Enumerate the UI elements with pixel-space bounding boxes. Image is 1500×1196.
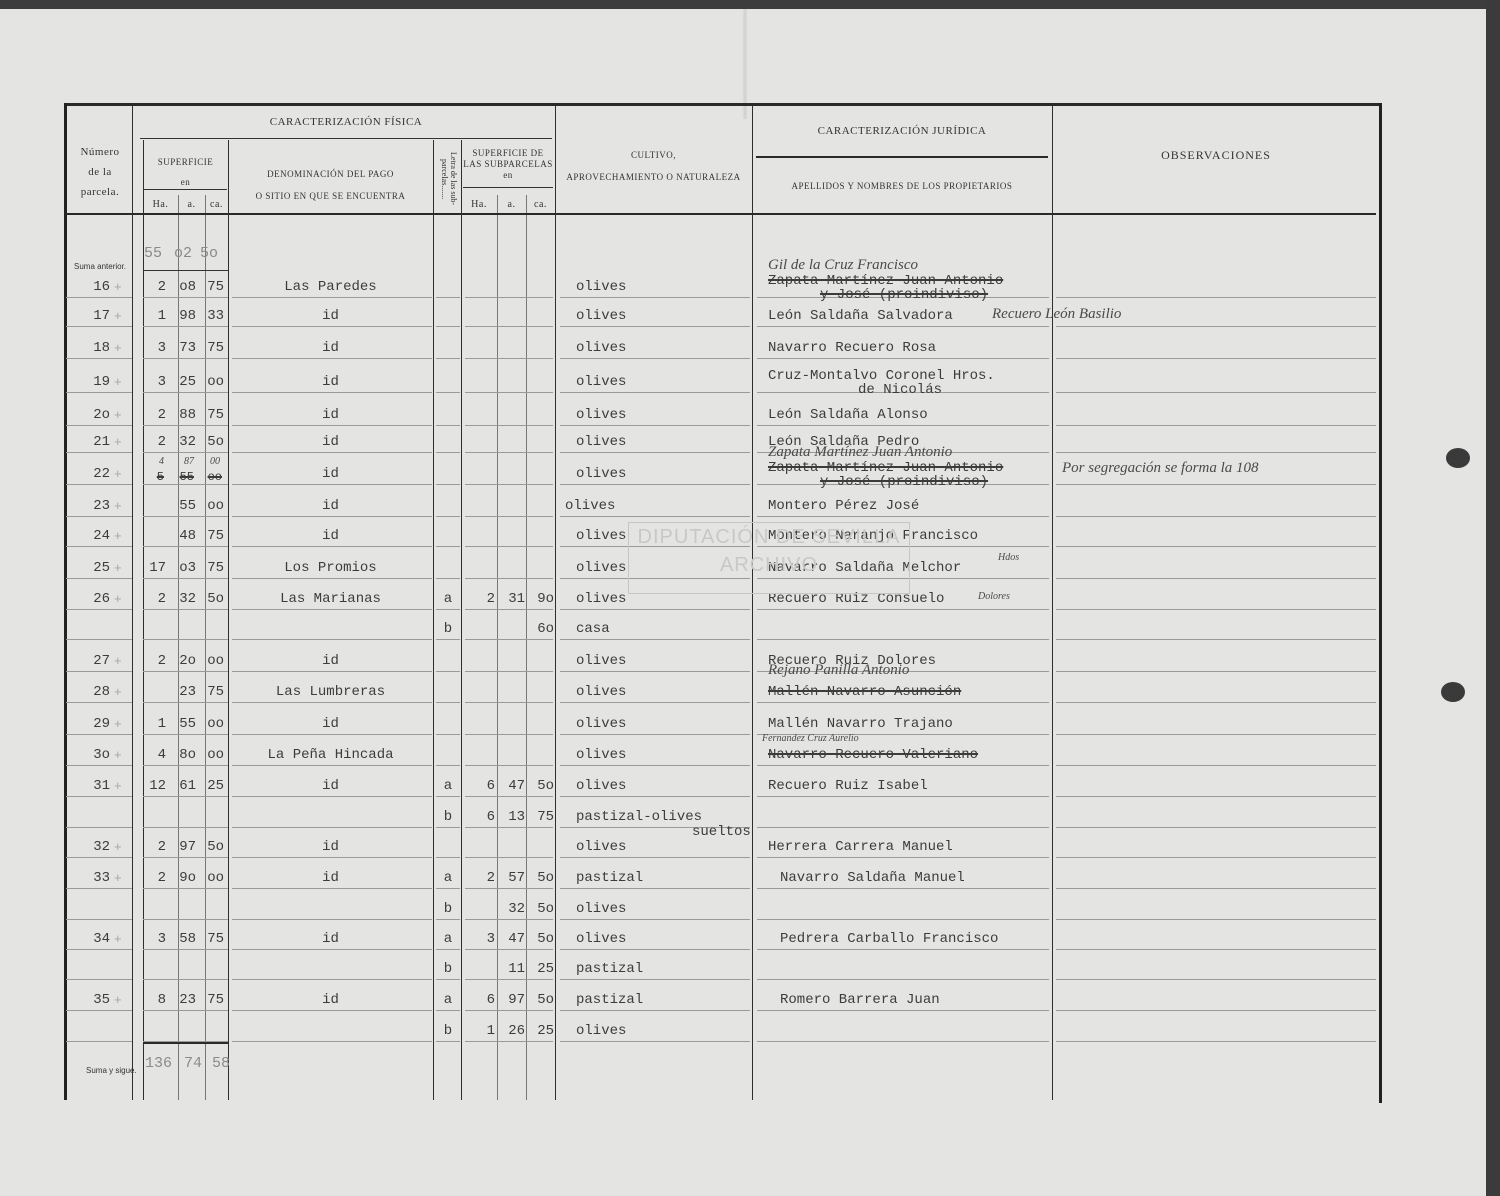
row-rule — [560, 516, 750, 517]
surface-ha: 5 — [140, 470, 164, 484]
row-rule — [1056, 578, 1376, 579]
header-letra-subparcelas: Letra de las sub-parcelas....... — [440, 146, 458, 212]
watermark-line: ARCHIVO — [629, 551, 909, 579]
suma-anterior-label: Suma anterior. — [74, 262, 126, 271]
surface-a: 8o — [170, 747, 196, 763]
cultivo: olives — [576, 528, 626, 544]
row-rule — [143, 425, 228, 426]
row-rule — [1056, 358, 1376, 359]
row-rule — [757, 888, 1049, 889]
surface-ha: 1 — [140, 716, 166, 732]
row-rule — [757, 609, 1049, 610]
subparcel-letter: a — [436, 992, 460, 1008]
parcel-number: 33 — [76, 870, 110, 886]
col-divider — [1052, 106, 1053, 1100]
surface-ca: 75 — [198, 560, 224, 576]
surface-a: 48 — [170, 528, 196, 544]
row-rule — [143, 578, 228, 579]
row-rule — [66, 1041, 132, 1042]
cultivo: olives — [576, 747, 626, 763]
sub-surface-ca: 5o — [526, 901, 554, 917]
row-rule — [465, 1041, 553, 1042]
row-rule — [143, 639, 228, 640]
cultivo: pastizal — [576, 961, 643, 977]
surface-ha: 2 — [140, 870, 166, 886]
row-rule — [436, 297, 460, 298]
row-rule — [465, 857, 553, 858]
surface-a: 23 — [170, 684, 196, 700]
surface-ca: 33 — [198, 308, 224, 324]
surface-ha: 4 — [140, 747, 166, 763]
row-rule — [436, 639, 460, 640]
check-mark-icon: + — [114, 684, 122, 699]
row-rule — [436, 919, 460, 920]
row-rule — [143, 702, 228, 703]
row-rule — [143, 827, 228, 828]
parcel-number: 27 — [76, 653, 110, 669]
row-rule — [436, 392, 460, 393]
surface-ca: 5o — [198, 434, 224, 450]
row-rule — [143, 765, 228, 766]
row-rule — [757, 425, 1049, 426]
sub-surface-ca: 25 — [526, 961, 554, 977]
surface-ca: oo — [198, 470, 222, 484]
header-caracterizacion-juridica: CARACTERIZACIÓN JURÍDICA — [752, 125, 1052, 137]
surface-ha-corrected: 4 — [148, 456, 164, 467]
row-rule — [465, 326, 553, 327]
suma-y-sigue-ha: 136 — [140, 1055, 172, 1072]
row-rule — [757, 516, 1049, 517]
row-rule — [1056, 702, 1376, 703]
row-rule — [465, 1010, 553, 1011]
row-rule — [436, 516, 460, 517]
row-rule — [436, 425, 460, 426]
owner-name-continued: de Nicolás — [858, 382, 942, 398]
owner-name: Navarro Recuero Valeriano — [768, 747, 978, 763]
surface-a: 32 — [170, 434, 196, 450]
row-rule — [436, 609, 460, 610]
row-rule — [560, 392, 750, 393]
row-rule — [560, 888, 750, 889]
row-rule — [757, 979, 1049, 980]
row-rule — [143, 484, 228, 485]
sub-surface-ca: 9o — [526, 591, 554, 607]
pago-name: id — [228, 466, 433, 482]
owner-handwritten: Hdos — [998, 552, 1019, 563]
check-mark-icon: + — [114, 340, 122, 355]
pago-name: id — [228, 931, 433, 947]
parcel-number: 16 — [76, 279, 110, 295]
pago-name: id — [228, 653, 433, 669]
parcel-number: 3o — [76, 747, 110, 763]
row-rule — [465, 765, 553, 766]
surface-ha: 8 — [140, 992, 166, 1008]
sub-surface-ca: 25 — [526, 1023, 554, 1039]
row-rule — [757, 949, 1049, 950]
sub-surface-a: 47 — [497, 778, 525, 794]
parcel-number: 19 — [76, 374, 110, 390]
row-rule — [66, 516, 132, 517]
row-rule — [560, 734, 750, 735]
row-rule — [1056, 857, 1376, 858]
cultivo: olives — [576, 434, 626, 450]
sub-surface-ha: 6 — [461, 992, 495, 1008]
header-cultivo-line: APROVECHAMIENTO O NATURALEZA — [555, 166, 752, 188]
row-rule — [66, 639, 132, 640]
row-rule — [1056, 796, 1376, 797]
cultivo: olives — [576, 684, 626, 700]
header-sub-unit-a: a. — [497, 199, 526, 210]
row-rule — [1056, 734, 1376, 735]
row-rule — [143, 452, 228, 453]
surface-ca: 5o — [198, 839, 224, 855]
surface-ca: 75 — [198, 407, 224, 423]
row-rule — [1056, 546, 1376, 547]
col-divider — [433, 140, 434, 1100]
row-rule — [143, 392, 228, 393]
row-rule — [232, 639, 432, 640]
sub-surface-a: 57 — [497, 870, 525, 886]
subparcel-letter: a — [436, 931, 460, 947]
sub-surface-ca: 5o — [526, 778, 554, 794]
table-right-border — [1379, 103, 1382, 1103]
row-rule — [66, 857, 132, 858]
parcel-number: 29 — [76, 716, 110, 732]
suma-anterior-ca: 5o — [196, 245, 218, 262]
row-rule — [436, 888, 460, 889]
check-mark-icon: + — [114, 870, 122, 885]
cultivo: olives — [576, 653, 626, 669]
header-sub-unit-ha: Ha. — [461, 199, 497, 210]
row-rule — [560, 484, 750, 485]
cultivo: olives — [576, 374, 626, 390]
row-rule — [560, 1041, 750, 1042]
row-rule — [232, 546, 432, 547]
pago-name: id — [228, 407, 433, 423]
row-rule — [232, 671, 432, 672]
row-rule — [1056, 297, 1376, 298]
row-rule — [232, 392, 432, 393]
subparcel-letter: a — [436, 870, 460, 886]
surface-ca: 75 — [198, 684, 224, 700]
parcel-number: 24 — [76, 528, 110, 544]
row-rule — [232, 609, 432, 610]
surface-ha: 2 — [140, 407, 166, 423]
pago-name: id — [228, 308, 433, 324]
row-rule — [66, 949, 132, 950]
row-rule — [465, 796, 553, 797]
row-rule — [232, 888, 432, 889]
row-rule — [560, 297, 750, 298]
header-superficie-subparcelas: SUPERFICIE DE LAS SUBPARCELAS en — [461, 148, 555, 181]
owner-name: Mallén Navarro Asunción — [768, 684, 961, 700]
row-rule — [66, 796, 132, 797]
header-denominacion: DENOMINACIÓN DEL PAGO O SITIO EN QUE SE … — [228, 163, 433, 207]
surface-a: 32 — [170, 591, 196, 607]
subparcel-letter: a — [436, 591, 460, 607]
row-rule — [757, 326, 1049, 327]
sub-surface-ca: 5o — [526, 870, 554, 886]
owner-handwritten: Dolores — [978, 591, 1010, 602]
row-rule — [465, 702, 553, 703]
row-rule — [66, 546, 132, 547]
cultivo-continued: sueltos — [692, 824, 751, 840]
sum-rule — [143, 270, 228, 271]
row-rule — [1056, 609, 1376, 610]
parcel-number: 2o — [76, 407, 110, 423]
row-rule — [757, 1010, 1049, 1011]
cultivo: olives — [576, 407, 626, 423]
surface-a: 61 — [170, 778, 196, 794]
row-rule — [232, 857, 432, 858]
owner-name: Herrera Carrera Manuel — [768, 839, 953, 855]
header-sub-unit-ca: ca. — [526, 199, 555, 210]
row-rule — [143, 919, 228, 920]
header-denominacion-line: O SITIO EN QUE SE ENCUENTRA — [228, 185, 433, 207]
cultivo: pastizal-olives — [576, 809, 702, 825]
row-rule — [757, 639, 1049, 640]
parcel-number: 34 — [76, 931, 110, 947]
check-mark-icon: + — [114, 747, 122, 762]
parcel-number: 17 — [76, 308, 110, 324]
table-left-border — [64, 103, 67, 1100]
subparcel-letter: b — [436, 901, 460, 917]
row-rule — [232, 1010, 432, 1011]
row-rule — [560, 919, 750, 920]
surface-ca: 25 — [198, 778, 224, 794]
surface-a: 98 — [170, 308, 196, 324]
pago-name: id — [228, 340, 433, 356]
check-mark-icon: + — [114, 931, 122, 946]
row-rule — [560, 358, 750, 359]
row-rule — [143, 546, 228, 547]
table-top-border — [64, 103, 1382, 106]
row-rule — [560, 979, 750, 980]
row-rule — [436, 702, 460, 703]
row-rule — [757, 827, 1049, 828]
parcel-number: 32 — [76, 839, 110, 855]
row-rule — [143, 979, 228, 980]
row-rule — [436, 949, 460, 950]
row-rule — [66, 888, 132, 889]
sub-surface-a: 32 — [497, 901, 525, 917]
check-mark-icon: + — [114, 716, 122, 731]
row-rule — [143, 1010, 228, 1011]
surface-ha: 2 — [140, 434, 166, 450]
cultivo: olives — [576, 560, 626, 576]
header-observaciones: OBSERVACIONES — [1052, 148, 1380, 163]
header-superficie-line: SUPERFICIE — [143, 152, 228, 172]
row-rule — [1056, 979, 1376, 980]
header-rule — [140, 138, 552, 139]
col-divider — [555, 106, 556, 1100]
row-rule — [465, 484, 553, 485]
row-rule — [1056, 425, 1376, 426]
row-rule — [436, 452, 460, 453]
row-rule — [66, 1010, 132, 1011]
row-rule — [232, 358, 432, 359]
cultivo: pastizal — [576, 870, 643, 886]
surface-a: 97 — [170, 839, 196, 855]
check-mark-icon: + — [114, 591, 122, 606]
parcel-number: 18 — [76, 340, 110, 356]
row-rule — [66, 297, 132, 298]
cultivo: olives — [576, 279, 626, 295]
row-rule — [1056, 949, 1376, 950]
header-rule — [463, 187, 553, 188]
owner-handwritten: Fernandez Cruz Aurelio — [762, 733, 859, 744]
row-rule — [232, 765, 432, 766]
pago-name: id — [228, 992, 433, 1008]
row-rule — [560, 702, 750, 703]
check-mark-icon: + — [114, 279, 122, 294]
surface-ha: 2 — [140, 279, 166, 295]
pago-name: id — [228, 374, 433, 390]
surface-a-corrected: 87 — [174, 456, 194, 467]
header-unit-a: a. — [178, 199, 205, 210]
cultivo: olives — [576, 1023, 626, 1039]
suma-y-sigue-ca: 58 — [206, 1055, 230, 1072]
header-numero: Número de la parcela. — [70, 142, 130, 202]
owner-name: Pedrera Carballo Francisco — [780, 931, 998, 947]
row-rule — [465, 827, 553, 828]
surface-ca: oo — [198, 374, 224, 390]
header-numero-line: de la — [70, 162, 130, 182]
check-mark-icon: + — [114, 498, 122, 513]
surface-a: 88 — [170, 407, 196, 423]
parcel-number: 31 — [76, 778, 110, 794]
header-sub-line: SUPERFICIE DE — [461, 148, 555, 159]
row-rule — [436, 326, 460, 327]
row-rule — [66, 452, 132, 453]
sub-surface-ha: 2 — [461, 591, 495, 607]
row-rule — [143, 796, 228, 797]
check-mark-icon: + — [114, 374, 122, 389]
surface-ha: 1 — [140, 308, 166, 324]
row-rule — [436, 484, 460, 485]
row-rule — [757, 919, 1049, 920]
surface-a: 23 — [170, 992, 196, 1008]
sub-surface-ca: 5o — [526, 931, 554, 947]
owner-handwritten: Recuero León Basilio — [992, 306, 1121, 323]
row-rule — [232, 827, 432, 828]
row-rule — [465, 297, 553, 298]
row-rule — [66, 358, 132, 359]
row-rule — [1056, 392, 1376, 393]
sub-surface-a: 26 — [497, 1023, 525, 1039]
sub-surface-ha: 6 — [461, 778, 495, 794]
check-mark-icon: + — [114, 528, 122, 543]
pago-name: Las Lumbreras — [228, 684, 433, 700]
row-rule — [560, 326, 750, 327]
owner-name: Navarro Recuero Rosa — [768, 340, 936, 356]
row-rule — [232, 297, 432, 298]
parcel-number: 35 — [76, 992, 110, 1008]
header-sub-line: en — [461, 170, 555, 181]
row-rule — [1056, 888, 1376, 889]
row-rule — [232, 1041, 432, 1042]
header-bottom-rule — [66, 213, 1376, 215]
subparcel-letter: b — [436, 621, 460, 637]
row-rule — [465, 979, 553, 980]
row-rule — [436, 1010, 460, 1011]
owner-handwritten: Rejano Panilla Antonio — [768, 662, 909, 679]
cultivo: casa — [576, 621, 610, 637]
pago-name: Las Marianas — [228, 591, 433, 607]
sub-surface-ha: 1 — [461, 1023, 495, 1039]
check-mark-icon: + — [114, 778, 122, 793]
pago-name: id — [228, 839, 433, 855]
surface-a: 73 — [170, 340, 196, 356]
cultivo: olives — [576, 308, 626, 324]
check-mark-icon: + — [114, 560, 122, 575]
header-sub-line: LAS SUBPARCELAS — [461, 159, 555, 170]
header-numero-line: Número — [70, 142, 130, 162]
row-rule — [143, 949, 228, 950]
row-rule — [232, 326, 432, 327]
row-rule — [66, 425, 132, 426]
row-rule — [560, 671, 750, 672]
owner-name-continued: y José (proindiviso) — [820, 287, 988, 303]
row-rule — [1056, 452, 1376, 453]
suma-y-sigue-label: Suma y sigue. — [86, 1066, 137, 1075]
surface-ha: 3 — [140, 374, 166, 390]
cultivo: olives — [576, 839, 626, 855]
owner-name-continued: y José (proindiviso) — [820, 474, 988, 490]
surface-a: o8 — [170, 279, 196, 295]
sub-surface-a: 97 — [497, 992, 525, 1008]
header-superficie-line: en — [143, 172, 228, 192]
row-rule — [436, 979, 460, 980]
check-mark-icon: + — [114, 653, 122, 668]
header-numero-line: parcela. — [70, 182, 130, 202]
row-rule — [143, 671, 228, 672]
col-divider — [205, 195, 206, 1100]
row-rule — [757, 796, 1049, 797]
row-rule — [465, 734, 553, 735]
cultivo: olives — [576, 901, 626, 917]
row-rule — [560, 425, 750, 426]
header-rule — [756, 156, 1048, 158]
row-rule — [66, 392, 132, 393]
cultivo: olives — [576, 716, 626, 732]
row-rule — [232, 425, 432, 426]
row-rule — [143, 609, 228, 610]
parcel-number: 28 — [76, 684, 110, 700]
col-divider — [752, 106, 753, 1100]
sub-surface-ca: 6o — [526, 621, 554, 637]
row-rule — [232, 919, 432, 920]
surface-ca: 75 — [198, 992, 224, 1008]
row-rule — [1056, 827, 1376, 828]
row-rule — [465, 425, 553, 426]
parcel-number: 21 — [76, 434, 110, 450]
header-propietarios: APELLIDOS Y NOMBRES DE LOS PROPIETARIOS — [752, 181, 1052, 191]
row-rule — [143, 1041, 228, 1042]
parcel-number: 25 — [76, 560, 110, 576]
punch-hole — [1446, 448, 1470, 468]
subparcel-letter: b — [436, 961, 460, 977]
surface-ca: oo — [198, 653, 224, 669]
row-rule — [465, 609, 553, 610]
row-rule — [436, 546, 460, 547]
row-rule — [436, 857, 460, 858]
header-superficie: SUPERFICIE en — [143, 152, 228, 192]
header-unit-ca: ca. — [205, 199, 228, 210]
surface-ha: 3 — [140, 931, 166, 947]
surface-ha: 2 — [140, 653, 166, 669]
row-rule — [436, 796, 460, 797]
